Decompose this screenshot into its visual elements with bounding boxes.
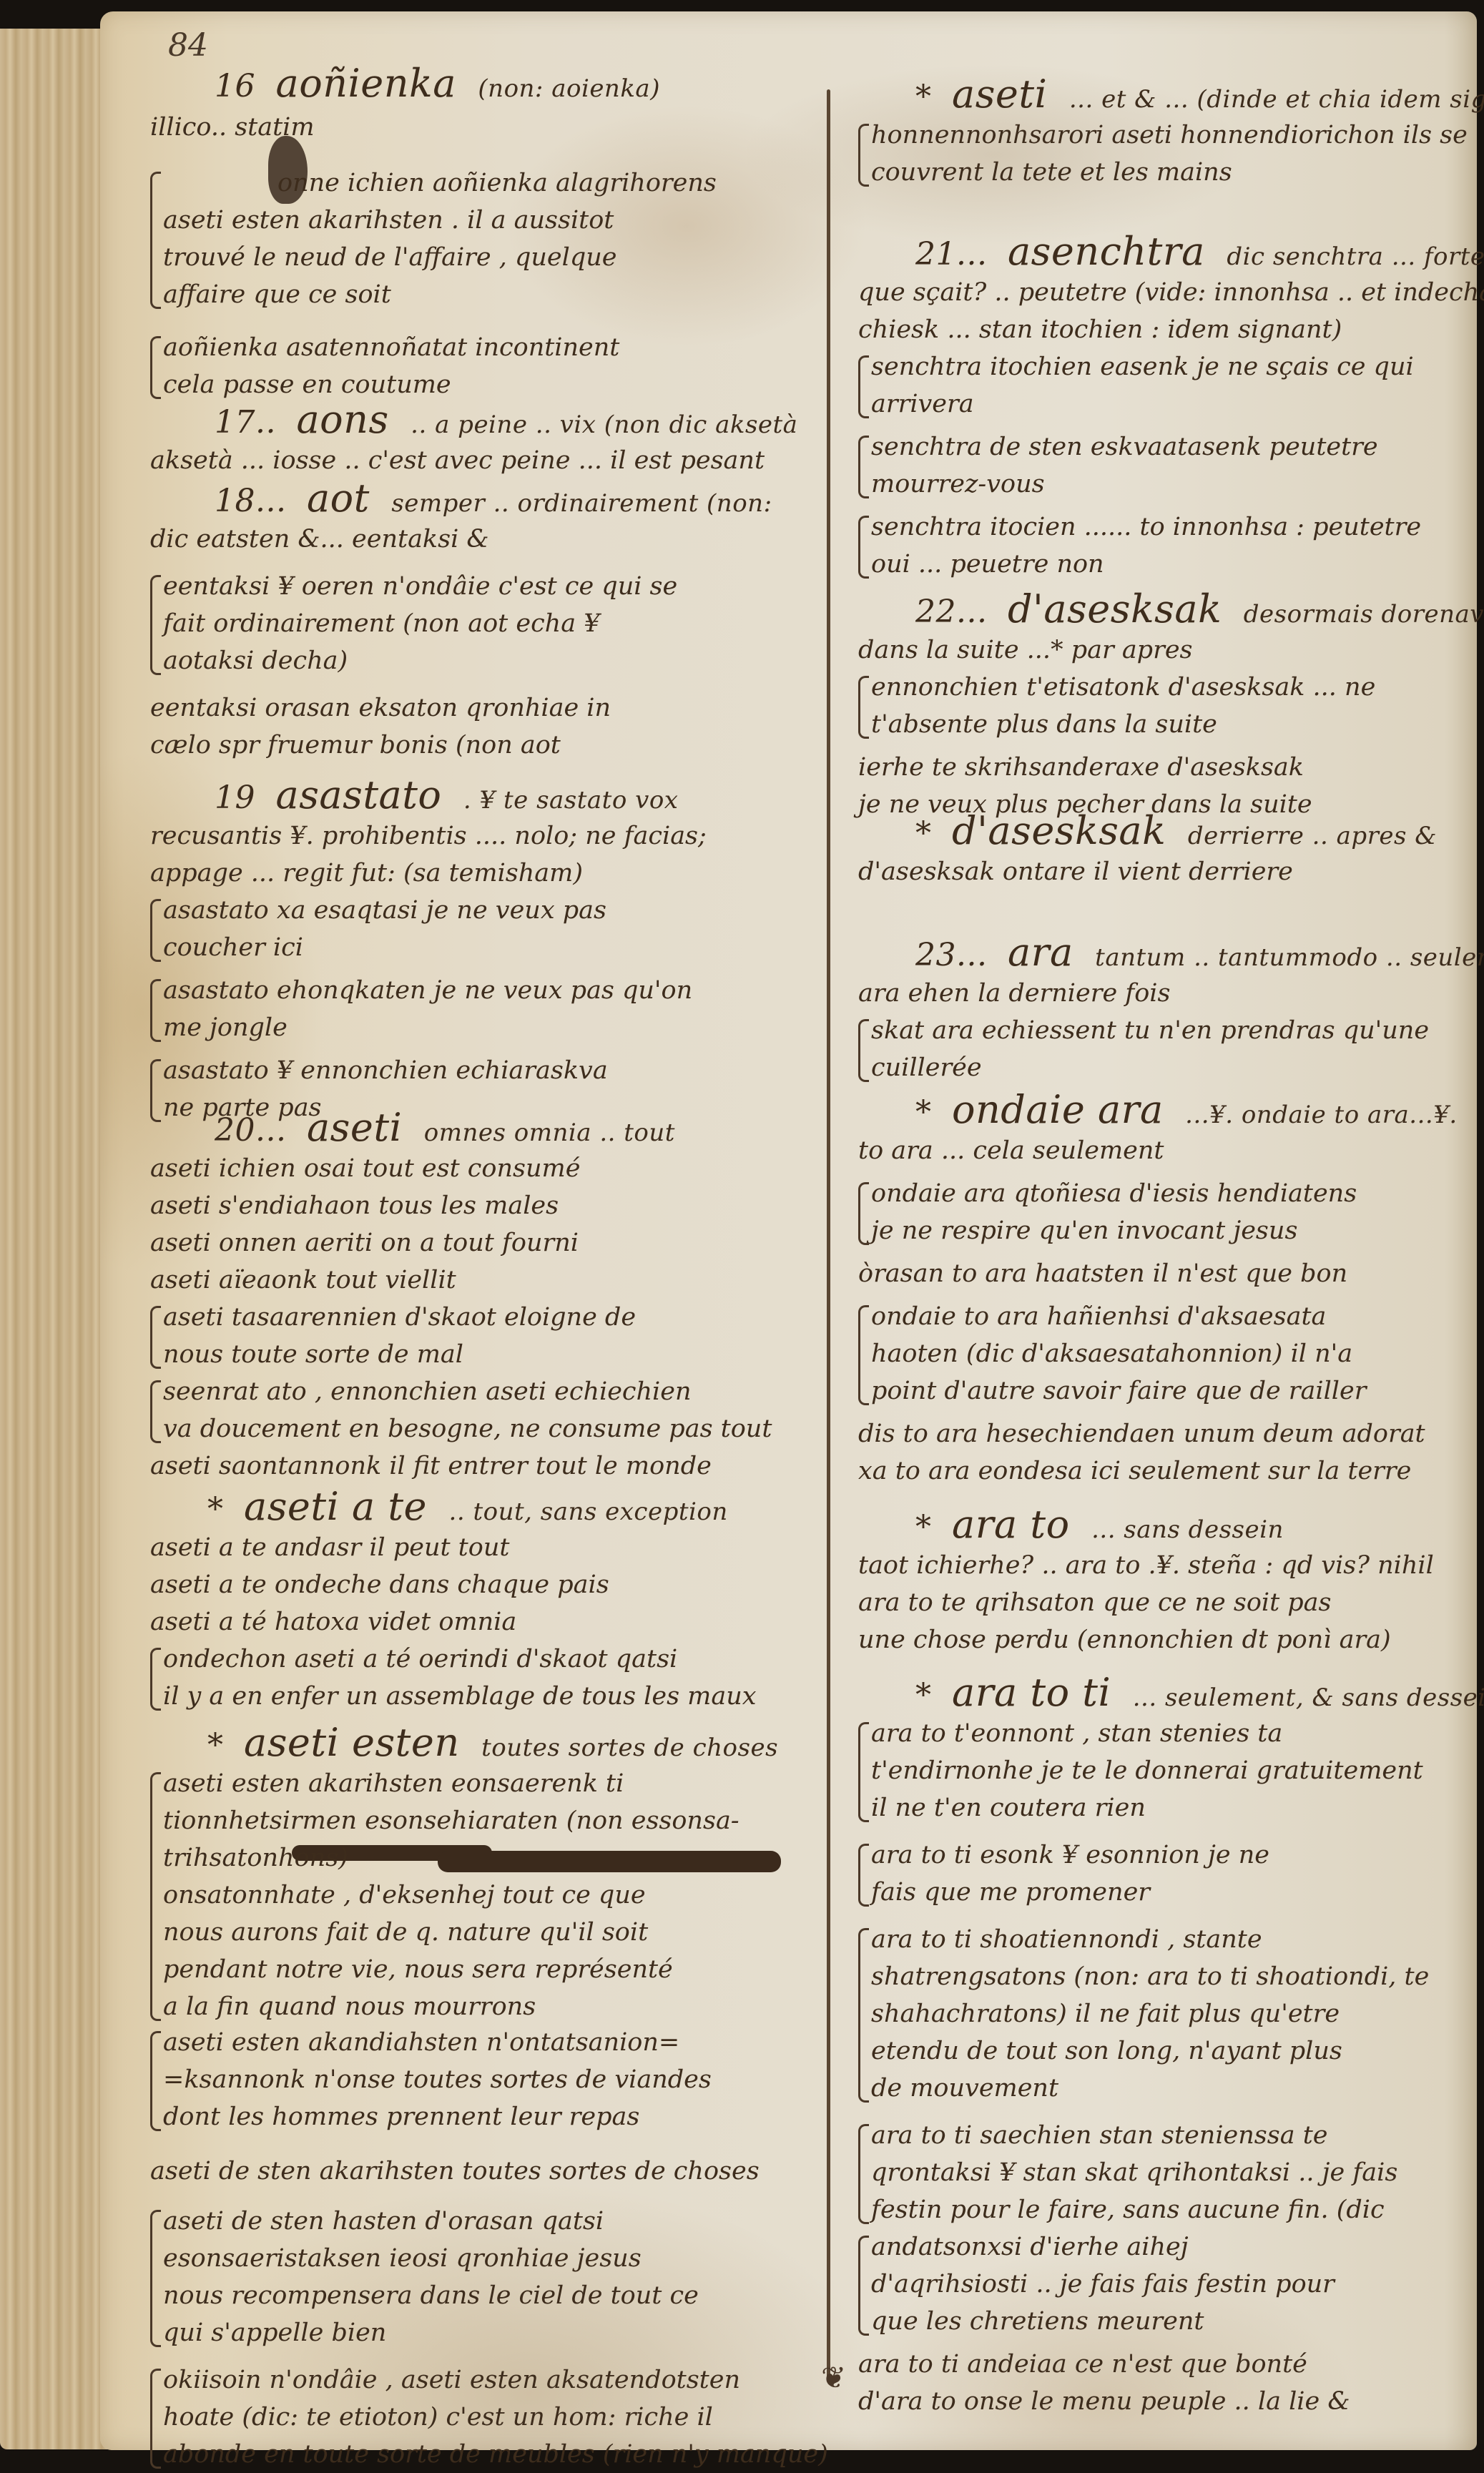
entry-term: aot	[307, 476, 370, 521]
example-group: okiisoin n'ondâie , aseti esten aksatend…	[150, 2361, 815, 2473]
asterisk-marker: *	[207, 1727, 224, 1764]
entry-line: asastato ehonqkaten je ne veux pas qu'on	[163, 972, 815, 1009]
entry-line: abonde en toute sorte de meubles (rien n…	[163, 2436, 815, 2473]
entry-line: dont les hommes prennent leur repas	[163, 2098, 815, 2135]
entry-line: d'asesksak ontare il vient derriere	[858, 853, 1473, 890]
entry-19: 19 asastato . ¥ te sastato vox recusanti…	[150, 772, 815, 1126]
entry-line: eentaksi ¥ oeren n'ondâie c'est ce qui s…	[163, 568, 815, 605]
entry-line: =ksannonk n'onse toutes sortes de viande…	[163, 2061, 815, 2098]
entry-line: que sçait? .. peutetre (vide: innonhsa .…	[858, 274, 1473, 311]
entry-line: chiesk ... stan itochien : idem signant)	[858, 311, 1473, 348]
entry-line: point d'autre savoir faire que de raille…	[871, 1372, 1473, 1410]
asterisk-marker: *	[915, 1509, 932, 1545]
entry-line: xa to ara eondesa ici seulement sur la t…	[858, 1452, 1473, 1490]
entry-term: ara to	[952, 1502, 1070, 1547]
example-group: ennonchien t'etisatonk d'asesksak ... ne…	[858, 669, 1473, 743]
entry-line: ierhe te skrihsanderaxe d'asesksak	[858, 749, 1473, 786]
entry-aseti-a-te: * aseti a te .. tout, sans exception ase…	[150, 1484, 815, 1715]
entry-line: fais que me promener	[871, 1874, 1473, 1911]
entry-line: senchtra itocien ...... to innonhsa : pe…	[871, 508, 1473, 546]
entry-aseti-esten-continued: aseti esten akandiahsten n'ontatsanion= …	[150, 2024, 815, 2473]
example-group: seenrat ato , ennonchien aseti echiechie…	[150, 1373, 815, 1447]
asterisk-marker: *	[915, 815, 932, 852]
book-page-edges	[0, 29, 114, 2449]
entry-line: ennonchien t'etisatonk d'asesksak ... ne	[871, 669, 1473, 706]
entry-16: 16 aoñienka (non: aoienka) illico.. stat…	[150, 61, 815, 403]
entry-term: d'asesksak	[1008, 586, 1222, 631]
entry-term: aseti	[952, 72, 1047, 117]
entry-line: ara to ti andeiaa ce n'est que bonté	[858, 2346, 1473, 2383]
entry-gloss: omnes omnia .. tout	[424, 1118, 675, 1147]
entry-line: appage ... regit fut: (sa temisham)	[150, 855, 815, 892]
entry-line: aseti tasaarennien d'skaot eloigne de	[163, 1299, 815, 1336]
entry-line: onsatonnhate , d'eksenhej tout ce que	[163, 1877, 815, 1914]
entry-line: aseti esten akarihsten . il a aussitot	[163, 202, 815, 239]
entry-term: d'asesksak	[952, 808, 1166, 853]
entry-line: aseti aïeaonk tout viellit	[150, 1262, 815, 1299]
entry-gloss: ... sans dessein	[1091, 1515, 1284, 1544]
entry-line: il ne t'en coutera rien	[871, 1789, 1473, 1827]
entry-line: aseti esten akarihsten eonsaerenk ti	[163, 1765, 815, 1802]
entry-line: skat ara echiessent tu n'en prendras qu'…	[871, 1012, 1473, 1049]
entry-term: ara to ti	[952, 1670, 1111, 1715]
entry-line: ara to ti esonk ¥ esonnion je ne	[871, 1837, 1473, 1874]
entry-gloss: tantum .. tantummodo .. seulement	[1095, 943, 1484, 972]
entry-number: 17..	[215, 404, 276, 441]
entry-line: ara ehen la derniere fois	[858, 975, 1473, 1012]
entry-line: qrontaksi ¥ stan skat qrihontaksi .. je …	[871, 2154, 1473, 2191]
entry-line: illico.. statim	[150, 109, 815, 146]
entry-line: ondechon aseti a té oerindi d'skaot qats…	[163, 1641, 815, 1678]
entry-number: 21...	[915, 236, 987, 272]
entry-line: me jongle	[163, 1009, 815, 1046]
entry-line: honnennonhsarori aseti honnendiorichon i…	[871, 117, 1473, 154]
entry-ara-to-ti: * ara to ti ... seulement, & sans dessei…	[858, 1670, 1473, 2420]
example-group: ondechon aseti a té oerindi d'skaot qats…	[150, 1641, 815, 1715]
column-divider	[827, 89, 830, 2381]
entry-gloss: .. tout, sans exception	[449, 1498, 728, 1526]
entry-line: eentaksi orasan eksaton qronhiae in	[150, 689, 815, 727]
entry-line: festin pour le faire, sans aucune fin. (…	[871, 2191, 1473, 2228]
entry-line: tionnhetsirmen esonsehiaraten (non esson…	[163, 1802, 815, 1839]
example-group: ara to ti esonk ¥ esonnion je ne fais qu…	[858, 1837, 1473, 1911]
entry-line: asastato xa esaqtasi je ne veux pas	[163, 892, 815, 929]
example-group: andatsonxsi d'ierhe aihej d'aqrihsiosti …	[858, 2228, 1473, 2340]
entry-line: ara to te qrihsaton que ce ne soit pas	[858, 1584, 1473, 1621]
asterisk-marker: *	[915, 1094, 932, 1131]
entry-line: a la fin quand nous mourrons	[163, 1988, 815, 2025]
entry-line: qui s'appelle bien	[163, 2314, 815, 2351]
entry-line: recusantis ¥. prohibentis .... nolo; ne …	[150, 817, 815, 855]
entry-gloss: dic senchtra ... forte	[1227, 242, 1484, 271]
entry-line: senchtra itochien easenk je ne sçais ce …	[871, 348, 1473, 385]
entry-line: couvrent la tete et les mains	[871, 154, 1473, 191]
entry-line: ara to ti saechien stan stenienssa te	[871, 2117, 1473, 2154]
entry-line: aseti esten akandiahsten n'ontatsanion=	[163, 2024, 815, 2061]
example-group: ara to ti saechien stan stenienssa te qr…	[858, 2117, 1473, 2228]
entry-line: il y a en enfer un assemblage de tous le…	[163, 1678, 815, 1715]
entry-line: cuillerée	[871, 1049, 1473, 1086]
entry-gloss: ...¥. ondaie to ara...¥.	[1185, 1101, 1457, 1129]
entry-line: seenrat ato , ennonchien aseti echiechie…	[163, 1373, 815, 1410]
entry-line: de mouvement	[871, 2070, 1473, 2107]
example-group: eentaksi ¥ oeren n'ondâie c'est ce qui s…	[150, 568, 815, 679]
entry-line: to ara ... cela seulement	[858, 1132, 1473, 1169]
entry-term: aoñienka	[276, 61, 456, 106]
example-group: asastato ehonqkaten je ne veux pas qu'on…	[150, 972, 815, 1046]
entry-line: nous recompensera dans le ciel de tout c…	[163, 2277, 815, 2314]
entry-gloss: desormais dorenavant	[1244, 600, 1484, 629]
entry-line: t'absente plus dans la suite	[871, 706, 1473, 743]
entry-number: 19	[215, 780, 255, 816]
entry-line: ara to t'eonnont , stan stenies ta	[871, 1715, 1473, 1752]
entry-line: va doucement en besogne, ne consume pas …	[163, 1410, 815, 1447]
entry-line: d'aqrihsiosti .. je fais fais festin pou…	[871, 2266, 1473, 2303]
entry-line: andatsonxsi d'ierhe aihej	[871, 2228, 1473, 2266]
entry-21: 21... asenchtra dic senchtra ... forte q…	[858, 229, 1473, 583]
example-group: ara to t'eonnont , stan stenies ta t'end…	[858, 1715, 1473, 1827]
example-group: aseti de sten hasten d'orasan qatsi eson…	[150, 2203, 815, 2351]
entry-line: d'ara to onse le menu peuple .. la lie &	[858, 2383, 1473, 2420]
entry-gloss: ... seulement, & sans dessein &	[1133, 1683, 1484, 1712]
entry-term: aseti	[307, 1105, 402, 1150]
entry-line: nous aurons fait de q. nature qu'il soit	[163, 1914, 815, 1951]
entry-line: aseti a te ondeche dans chaque pais	[150, 1566, 815, 1603]
entry-number: 18...	[215, 483, 286, 519]
entry-term: ondaie ara	[952, 1087, 1164, 1132]
entry-gloss: toutes sortes de choses	[481, 1734, 778, 1762]
entry-line: aseti de sten akarihsten toutes sortes d…	[150, 2153, 815, 2190]
entry-line: aseti a té hatoxa videt omnia	[150, 1603, 815, 1641]
entry-line: oui ... peuetre non	[871, 546, 1473, 583]
entry-20: 20... aseti omnes omnia .. tout aseti ic…	[150, 1105, 815, 1485]
entry-line: dis to ara hesechiendaen unum deum adora…	[858, 1415, 1473, 1452]
entry-line: arrivera	[871, 385, 1473, 423]
asterisk-marker: *	[915, 1677, 932, 1714]
example-group: aseti esten akandiahsten n'ontatsanion= …	[150, 2024, 815, 2135]
entry-line: aksetà ... iosse .. c'est avec peine ...…	[150, 442, 815, 479]
example-group: skat ara echiessent tu n'en prendras qu'…	[858, 1012, 1473, 1086]
entry-line: esonsaeristaksen ieosi qronhiae jesus	[163, 2240, 815, 2277]
entry-line: coucher ici	[163, 929, 815, 966]
entry-line: aseti saontannonk il fit entrer tout le …	[150, 1447, 815, 1485]
entry-line: mourrez-vous	[871, 466, 1473, 503]
asterisk-marker: *	[915, 79, 932, 115]
entry-term: ara	[1008, 930, 1073, 975]
entry-aseti-esten: * aseti esten toutes sortes de choses as…	[150, 1720, 815, 2025]
entry-line: aotaksi decha)	[163, 642, 815, 679]
entry-number: 22...	[915, 594, 987, 630]
entry-line: fait ordinairement (non aot echa ¥	[163, 605, 815, 642]
entry-gloss: derrierre .. apres &	[1188, 822, 1437, 850]
entry-line: okiisoin n'ondâie , aseti esten aksatend…	[163, 2361, 815, 2399]
entry-line: hoate (dic: te etioton) c'est un hom: ri…	[163, 2399, 815, 2436]
entry-line: trihsatonhons)	[163, 1839, 815, 1877]
entry-line: aseti s'endiahaon tous les males	[150, 1187, 815, 1224]
example-group: asastato xa esaqtasi je ne veux pas couc…	[150, 892, 815, 966]
entry-22: 22... d'asesksak desormais dorenavant da…	[858, 586, 1473, 823]
example-group: aseti tasaarennien d'skaot eloigne de no…	[150, 1299, 815, 1373]
entry-line: taot ichierhe? .. ara to .¥. steña : qd …	[858, 1547, 1473, 1584]
entry-line: aseti onnen aeriti on a tout fourni	[150, 1224, 815, 1262]
entry-number: 16	[215, 68, 255, 104]
entry-dasesksak-derriere: * d'asesksak derrierre .. apres & d'ases…	[858, 808, 1473, 890]
entry-line: onne ichien aoñienka alagrihorens	[163, 164, 815, 202]
entry-line: une chose perdu (ennonchien dt ponì ara)	[858, 1621, 1473, 1658]
entry-line: haoten (dic d'aksaesatahonnion) il n'a	[871, 1335, 1473, 1372]
entry-gloss: .. a peine .. vix (non dic aksetà	[411, 410, 797, 439]
entry-number: 23...	[915, 937, 987, 973]
entry-ondaie-ara: * ondaie ara ...¥. ondaie to ara...¥. to…	[858, 1087, 1473, 1490]
entry-gloss: (non: aoienka)	[478, 74, 660, 103]
entry-term: aseti esten	[244, 1720, 460, 1765]
entry-line: dans la suite ...* par apres	[858, 631, 1473, 669]
pointer-mark-icon: ❦	[821, 2360, 846, 2395]
asterisk-marker: *	[207, 1491, 224, 1528]
entry-line: òrasan to ara haatsten il n'est que bon	[858, 1255, 1473, 1292]
entry-ara-to: * ara to ... sans dessein taot ichierhe?…	[858, 1502, 1473, 1658]
example-group: senchtra itocien ...... to innonhsa : pe…	[858, 508, 1473, 583]
entry-line: trouvé le neud de l'affaire , quelque	[163, 239, 815, 276]
entry-gloss: semper .. ordinairement (non:	[391, 489, 772, 518]
entry-line: cælo spr fruemur bonis (non aot	[150, 727, 815, 764]
entry-line: shatrengsatons (non: ara to ti shoationd…	[871, 1958, 1473, 1995]
entry-line: t'endirnonhe je te le donnerai gratuitem…	[871, 1752, 1473, 1789]
entry-18: 18... aot semper .. ordinairement (non: …	[150, 476, 815, 764]
entry-line: ondaie ara qtoñiesa d'iesis hendiatens	[871, 1175, 1473, 1212]
entry-line: asastato ¥ ennonchien echiaraskva	[163, 1052, 815, 1089]
entry-gloss: . ¥ te sastato vox	[463, 786, 679, 815]
entry-term: asenchtra	[1008, 229, 1205, 274]
entry-line: que les chretiens meurent	[871, 2303, 1473, 2340]
example-group: senchtra de sten eskvaatasenk peutetre m…	[858, 428, 1473, 503]
entry-term: asastato	[276, 772, 442, 817]
example-group: senchtra itochien easenk je ne sçais ce …	[858, 348, 1473, 423]
page-number: 84	[168, 27, 208, 64]
entry-term: aseti a te	[244, 1484, 427, 1529]
entry-term: aons	[296, 397, 388, 442]
entry-line: affaire que ce soit	[163, 276, 815, 313]
entry-line: aseti a te andasr il peut tout	[150, 1529, 815, 1566]
entry-line: shahachratons) il ne fait plus qu'etre	[871, 1995, 1473, 2032]
entry-number: 20...	[215, 1112, 286, 1149]
entry-gloss: ... et & ... (dinde et chia idem signant	[1069, 85, 1484, 114]
entry-line: pendant notre vie, nous sera représenté	[163, 1951, 815, 1988]
entry-line: aoñienka asatennoñatat incontinent	[163, 329, 815, 366]
entry-line: senchtra de sten eskvaatasenk peutetre	[871, 428, 1473, 466]
entry-line: ara to ti shoatiennondi , stante	[871, 1921, 1473, 1958]
example-group: ondaie ara qtoñiesa d'iesis hendiatens j…	[858, 1175, 1473, 1249]
entry-line: etendu de tout son long, n'ayant plus	[871, 2032, 1473, 2070]
entry-line: aseti de sten hasten d'orasan qatsi	[163, 2203, 815, 2240]
example-group: ondaie to ara hañienhsi d'aksaesata haot…	[858, 1298, 1473, 1410]
entry-line: nous toute sorte de mal	[163, 1336, 815, 1373]
entry-line: aseti ichien osai tout est consumé	[150, 1150, 815, 1187]
example-group: ara to ti shoatiennondi , stante shatren…	[858, 1921, 1473, 2107]
example-group: honnennonhsarori aseti honnendiorichon i…	[858, 117, 1473, 191]
entry-line: ondaie to ara hañienhsi d'aksaesata	[871, 1298, 1473, 1335]
entry-line: je ne respire qu'en invocant jesus	[871, 1212, 1473, 1249]
entry-line: dic eatsten &... eentaksi &	[150, 521, 815, 558]
entry-17: 17.. aons .. a peine .. vix (non dic aks…	[150, 397, 815, 479]
entry-aseti-et: * aseti ... et & ... (dinde et chia idem…	[858, 72, 1473, 191]
example-group: onne ichien aoñienka alagrihorens aseti …	[150, 164, 815, 313]
example-group: aseti esten akarihsten eonsaerenk ti tio…	[150, 1765, 815, 2025]
entry-23: 23... ara tantum .. tantummodo .. seulem…	[858, 930, 1473, 1086]
example-group: aoñienka asatennoñatat incontinent cela …	[150, 329, 815, 403]
